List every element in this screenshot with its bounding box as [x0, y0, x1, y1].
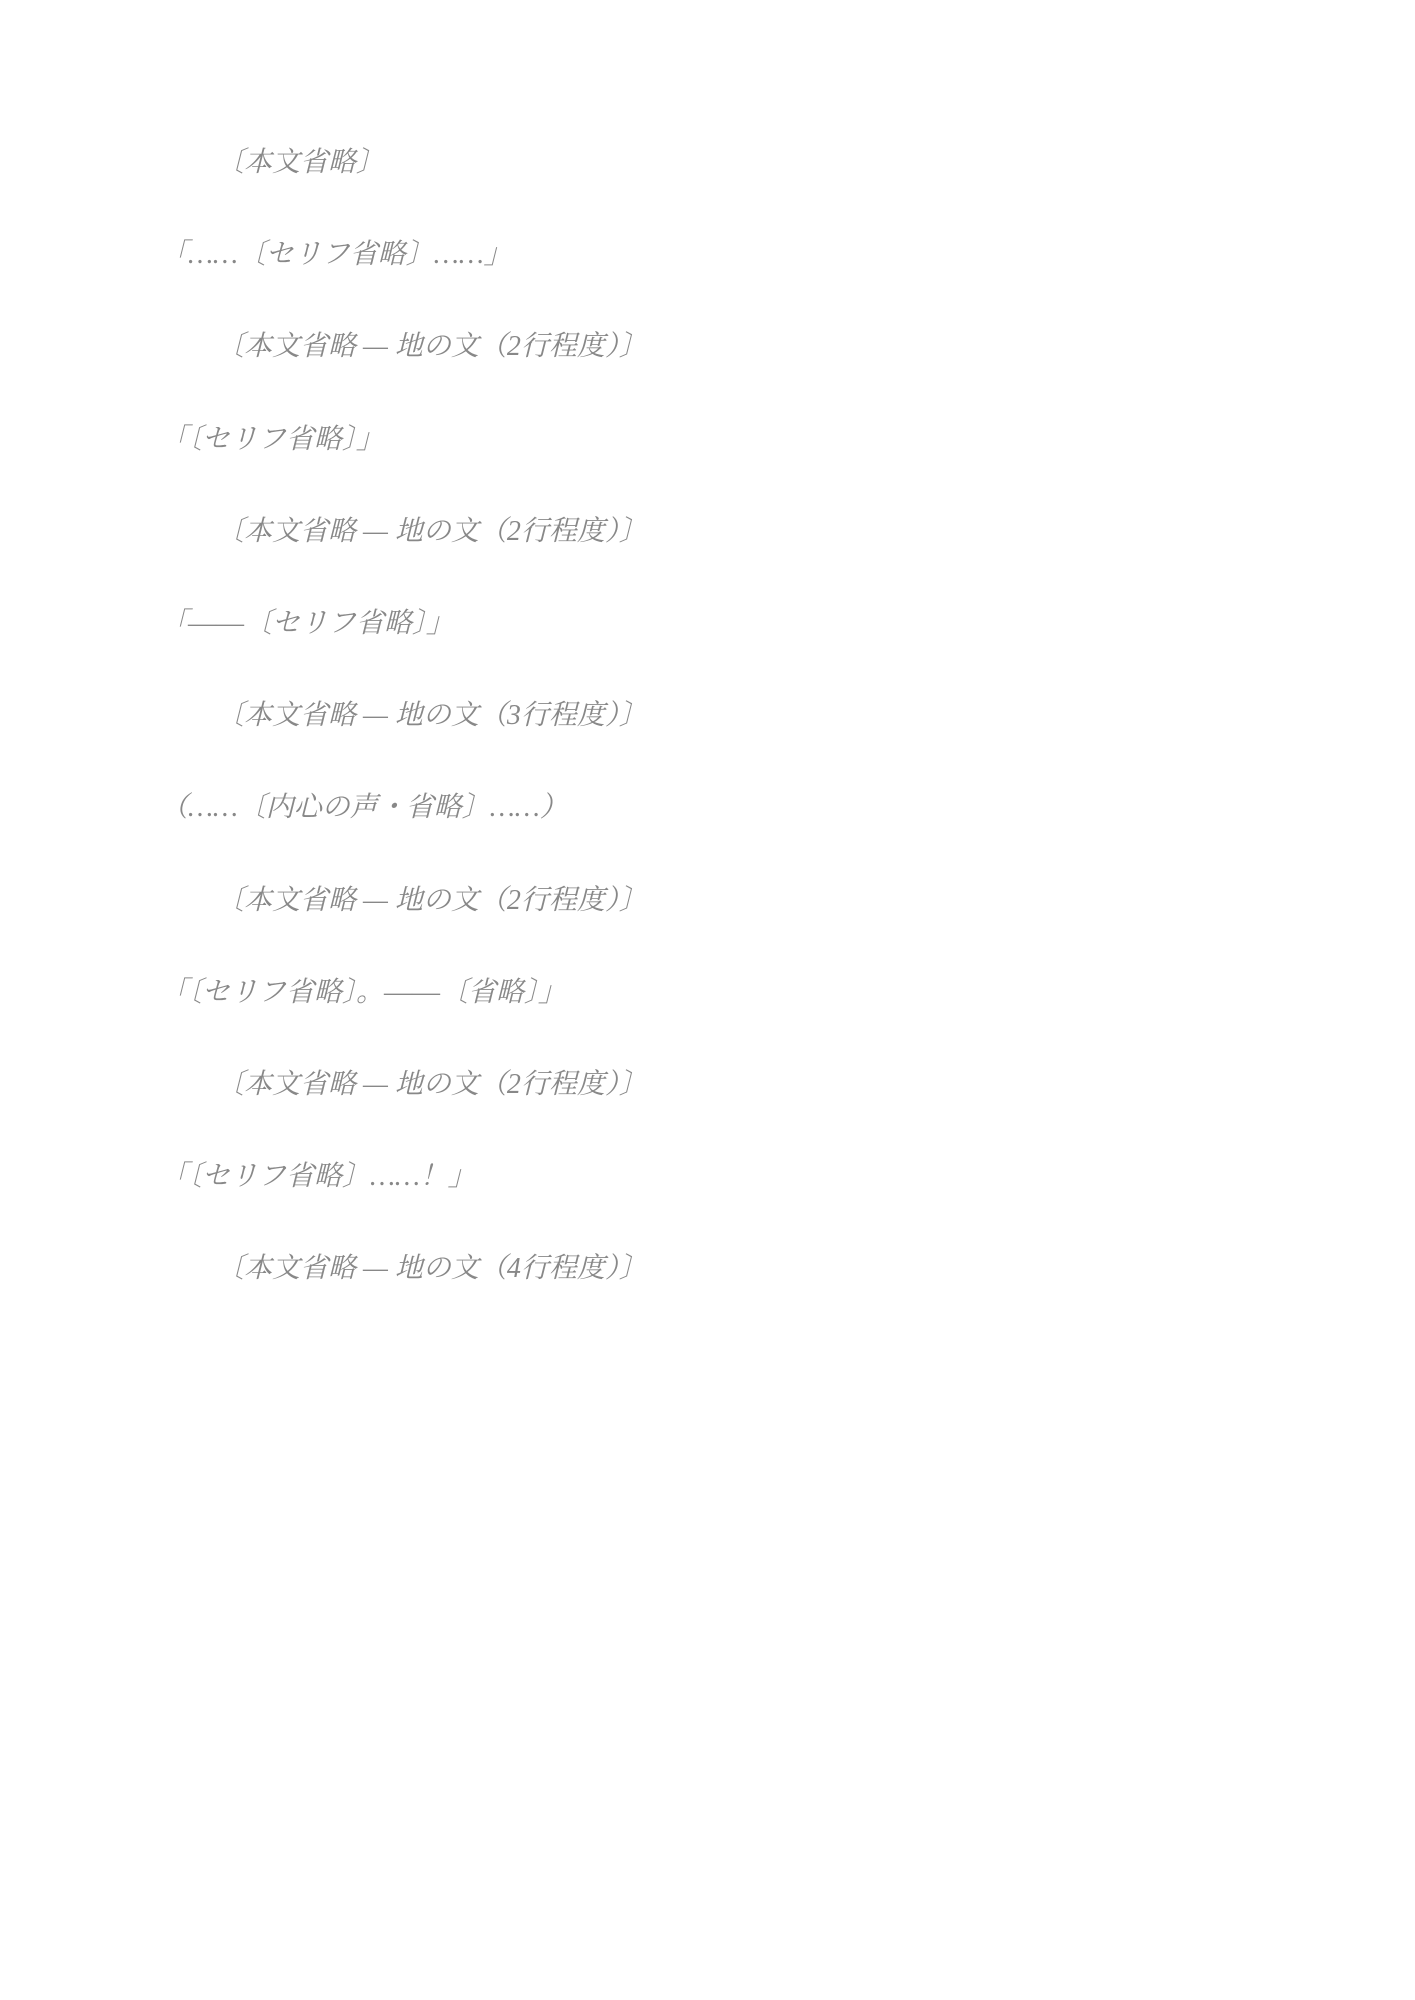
paragraph-0: 〔本文省略〕: [160, 140, 1255, 186]
paragraph-4: 〔本文省略 — 地の文（2行程度）〕: [160, 509, 1255, 555]
paragraph-10: 〔本文省略 — 地の文（2行程度）〕: [160, 1062, 1255, 1108]
paragraph-7: （……〔内心の声・省略〕……）: [160, 785, 1255, 831]
document-page: 〔本文省略〕「……〔セリフ省略〕……」〔本文省略 — 地の文（2行程度）〕「〔セ…: [0, 0, 1415, 2000]
paragraph-12: 〔本文省略 — 地の文（4行程度）〕: [160, 1246, 1255, 1292]
text-body: 〔本文省略〕「……〔セリフ省略〕……」〔本文省略 — 地の文（2行程度）〕「〔セ…: [160, 140, 1255, 1292]
paragraph-11: 「〔セリフ省略〕……！」: [160, 1154, 1255, 1200]
paragraph-2: 〔本文省略 — 地の文（2行程度）〕: [160, 324, 1255, 370]
paragraph-1: 「……〔セリフ省略〕……」: [160, 232, 1255, 278]
paragraph-3: 「〔セリフ省略〕」: [160, 417, 1255, 463]
paragraph-6: 〔本文省略 — 地の文（3行程度）〕: [160, 693, 1255, 739]
paragraph-5: 「――〔セリフ省略〕」: [160, 601, 1255, 647]
paragraph-9: 「〔セリフ省略〕。――〔省略〕」: [160, 970, 1255, 1016]
paragraph-8: 〔本文省略 — 地の文（2行程度）〕: [160, 878, 1255, 924]
